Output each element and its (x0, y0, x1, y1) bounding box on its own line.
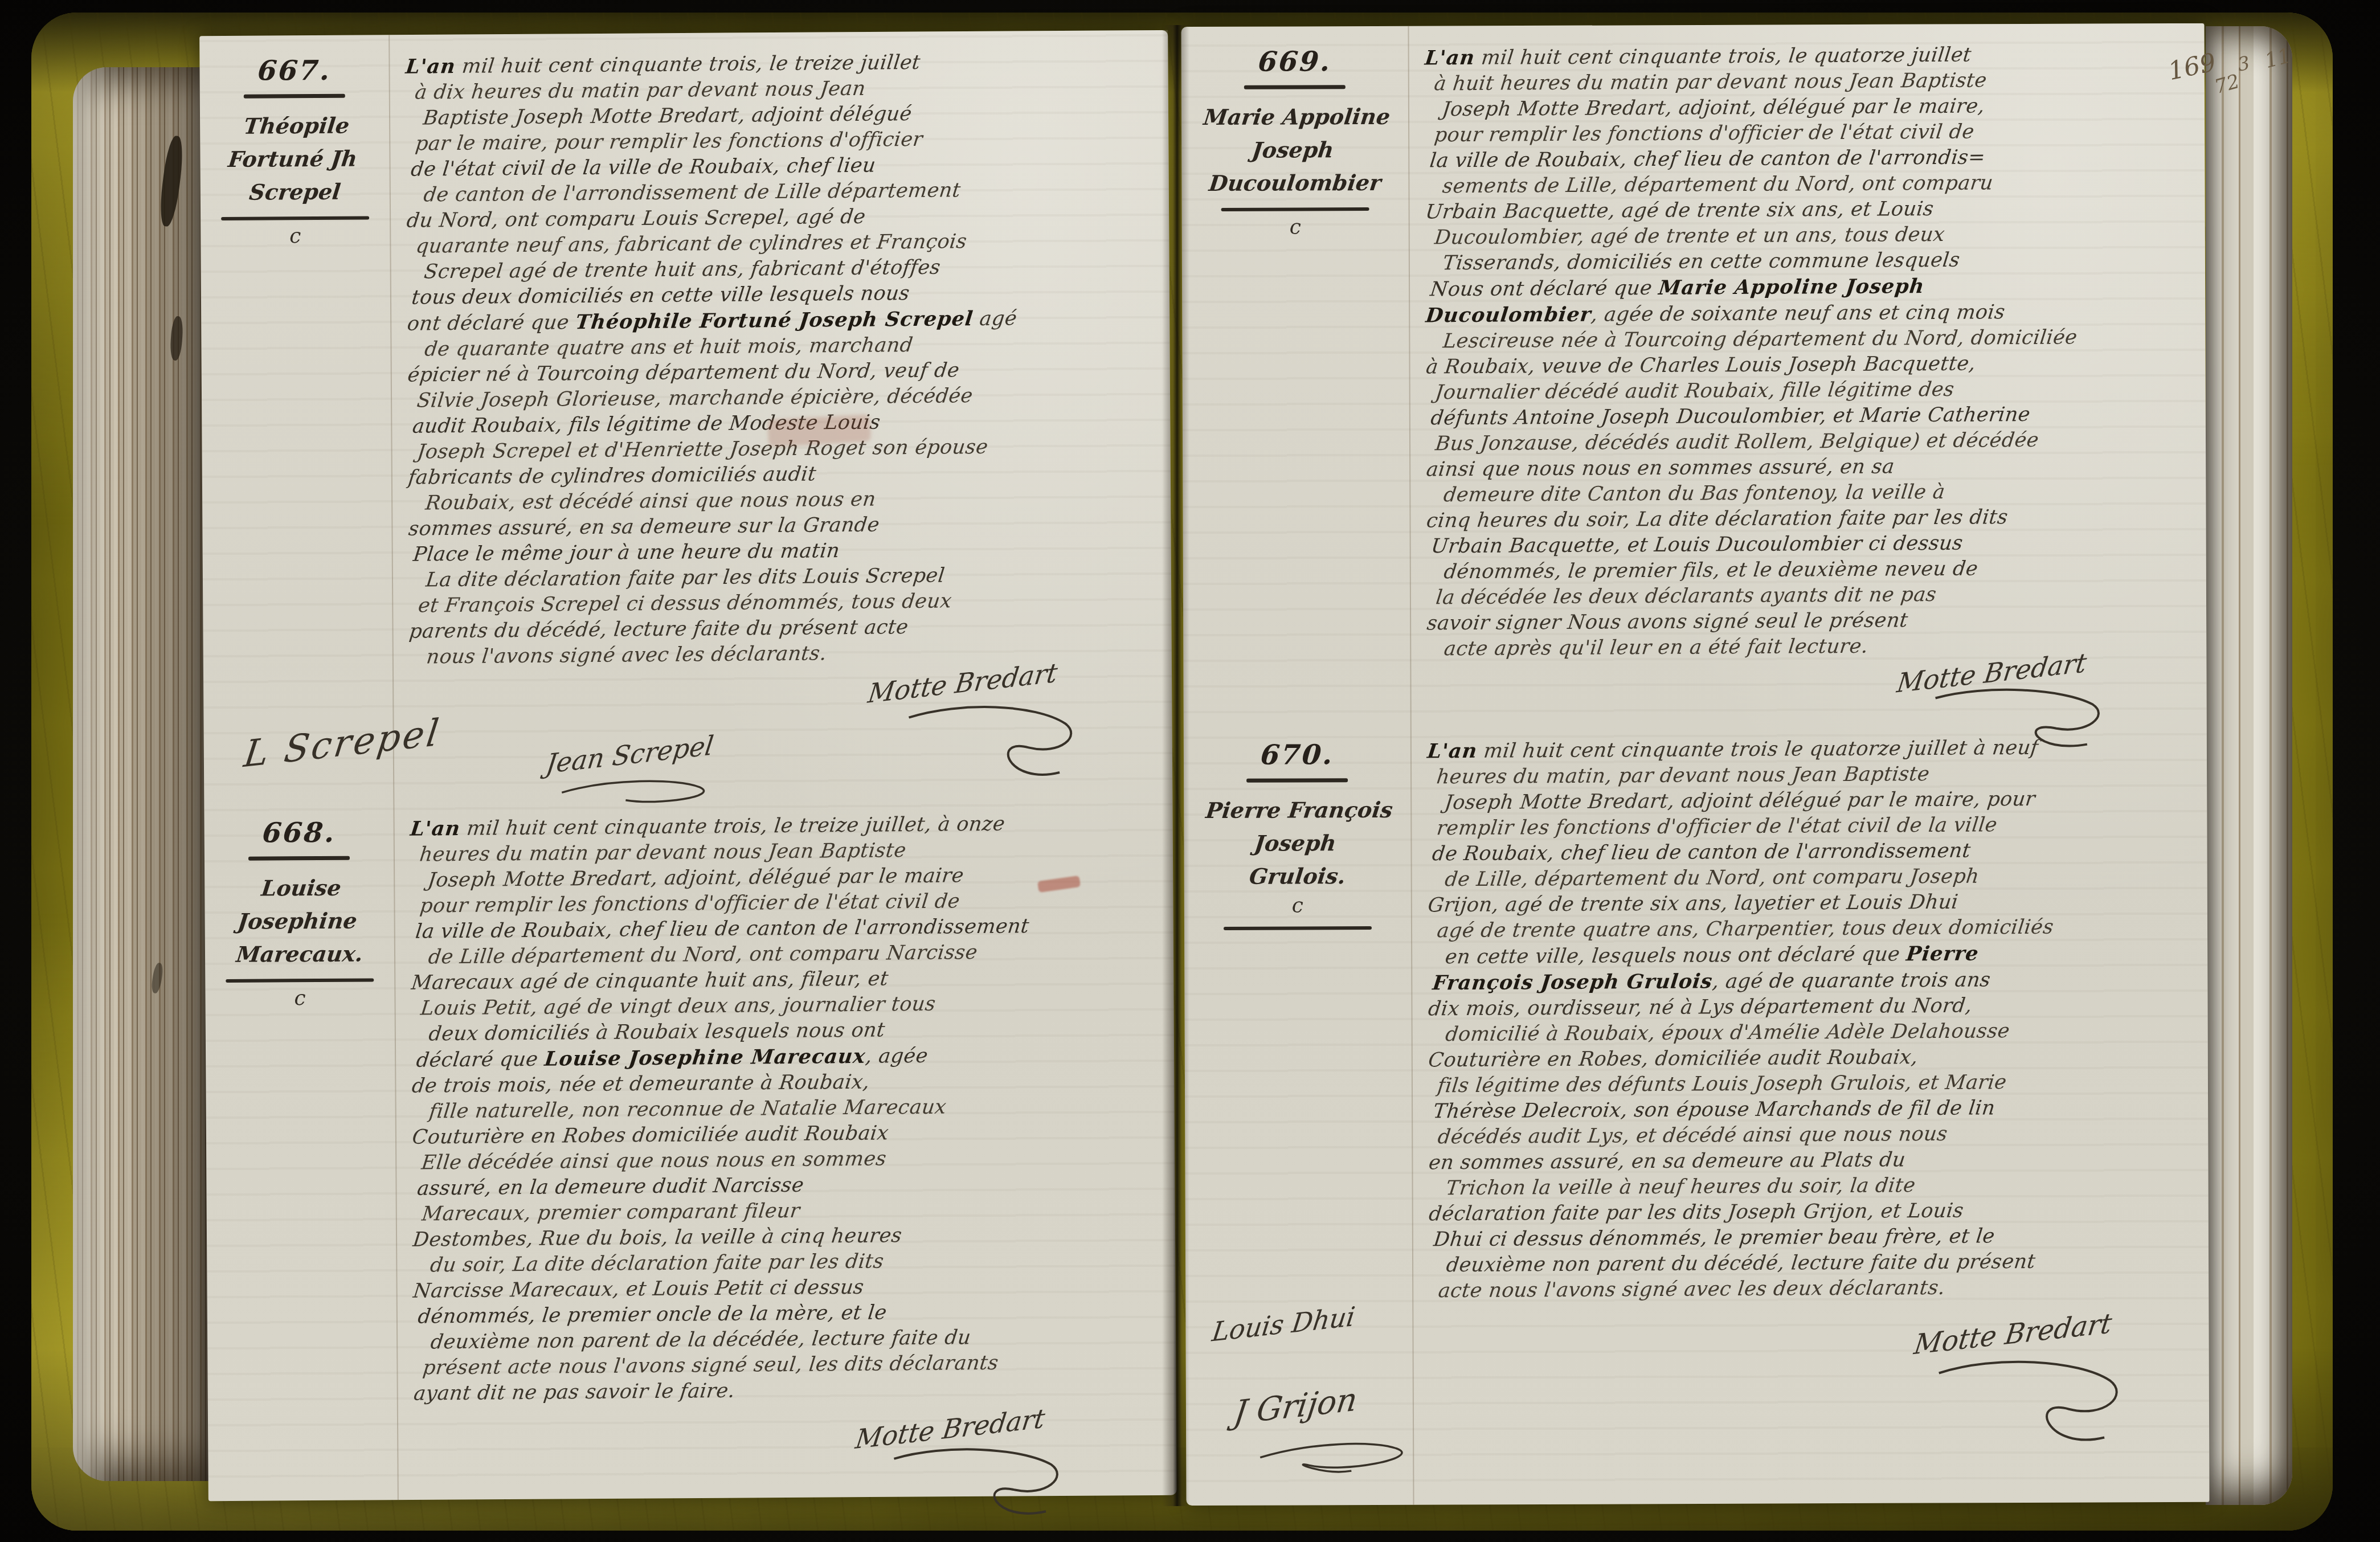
line-text: parents du décédé, lecture faite du prés… (408, 616, 909, 643)
bold-name-text: François Joseph Grulois (1432, 970, 1714, 995)
line-text: épicier né à Tourcoing département du No… (406, 359, 960, 386)
signature-flourish (886, 1444, 1074, 1525)
line-text: de Lille département du Nord, ont compar… (427, 941, 979, 968)
line-text: décédés audit Lys, et décédé ainsi que n… (1437, 1123, 1949, 1148)
line-text: déclaré que (415, 1048, 546, 1072)
underline-rule (1221, 207, 1369, 211)
bold-name-text: Louise Josephine Marecaux (543, 1045, 867, 1071)
manuscript-line: en cette ville, lesquels nous ont déclar… (1443, 939, 2194, 970)
manuscript-line: la décédée les deux déclarants ayants di… (1434, 580, 2193, 611)
line-text: Bus Jonzause, décédés audit Rollem, Belg… (1434, 429, 2040, 455)
manuscript-line: demeure dite Canton du Bas fontenoy, la … (1442, 478, 2193, 508)
line-text: Trichon la veille à neuf heures du soir,… (1445, 1174, 1917, 1200)
line-text: La dite déclaration faite par les dits L… (425, 565, 946, 592)
entry-668-text: L'an mil huit cent cinquante trois, le t… (393, 807, 1176, 1406)
margin-name-line: Louise Josephine (201, 871, 398, 938)
line-text: de l'état civil de la ville de Roubaix, … (410, 154, 877, 181)
line-text: Marecaux, premier comparant fileur (420, 1200, 801, 1226)
bold-name-text: Ducoulombier (1425, 303, 1593, 328)
underline-rule (221, 216, 369, 220)
page-stack-fore-edge-left (73, 67, 214, 1481)
manuscript-line: Ducoulombier, agée de soixante neuf ans … (1424, 298, 2192, 329)
manuscript-line: fils légitime des défunts Louis Joseph G… (1436, 1069, 2195, 1099)
manuscript-line: acte nous l'avons signé avec les deux dé… (1437, 1274, 2195, 1304)
line-text: la ville de Roubaix, chef lieu de canton… (1429, 146, 1987, 172)
margin-paraph: c (205, 985, 394, 1012)
manuscript-line: heures du matin, par devant nous Jean Ba… (1435, 760, 2194, 790)
entry-668-margin: 668. Louise Josephine Marecaux. c (204, 812, 396, 1407)
entry-number: 668. (261, 820, 337, 846)
line-text: fils légitime des défunts Louis Joseph G… (1436, 1071, 2007, 1097)
manuscript-line: en sommes assuré, en sa demeure au Plats… (1428, 1146, 2195, 1176)
signature-flourish (898, 700, 1087, 792)
entry-669-text: L'an mil huit cent cinquante trois, le q… (1408, 38, 2207, 661)
bold-name-text: L'an (1424, 46, 1476, 70)
entry-669-margin: 669. Marie Appoline Joseph Ducoulombier … (1181, 41, 1410, 662)
line-text: de Lille, département du Nord, ont compa… (1443, 865, 1980, 891)
line-text: dénommés, le premier fils, et le deuxièm… (1442, 558, 1979, 584)
line-text: Destombes, Rue du bois, la veille à cinq… (412, 1224, 903, 1251)
line-text: heures du matin par devant nous Jean Bap… (419, 839, 907, 866)
line-text: Dhui ci dessus dénommés, le premier beau… (1432, 1225, 1996, 1251)
manuscript-line: Lescireuse née à Tourcoing département d… (1442, 324, 2193, 354)
line-text: ayant dit ne pas savoir le faire. (412, 1380, 736, 1405)
manuscript-line: dénommés, le premier fils, et le deuxièm… (1442, 555, 2193, 585)
line-text: domicilié à Roubaix, époux d'Amélie Adèl… (1444, 1020, 2011, 1046)
entry-669: 669. Marie Appoline Joseph Ducoulombier … (1181, 38, 2207, 662)
entry-667-margin: 667. Théopile Fortuné Jh Screpel c (199, 50, 392, 670)
manuscript-line: de Roubaix, chef lieu de canton de l'arr… (1431, 837, 2194, 867)
line-text: dix mois, ourdisseur, né à Lys départeme… (1427, 995, 1973, 1021)
line-text: mil huit cent cinquante trois, le treize… (454, 51, 921, 78)
line-text: fille naturelle, non reconnue de Natalie… (428, 1096, 947, 1123)
line-text: nous l'avons signé avec les déclarants. (425, 642, 828, 668)
line-text: agé de trente quatre ans, Charpentier, t… (1436, 916, 2055, 943)
entry-670: 670. Pierre François Joseph Grulois. c L… (1184, 731, 2209, 1304)
manuscript-line: domicilié à Roubaix, époux d'Amélie Adèl… (1444, 1017, 2195, 1048)
stamp-remnant (767, 414, 871, 447)
manuscript-line: Ducoulombier, agé de trente et un ans, t… (1433, 220, 2192, 251)
line-text: à huit heures du matin par devant nous J… (1433, 69, 1988, 95)
line-text: assuré, en la demeure dudit Narcisse (416, 1174, 805, 1200)
manuscript-line: décédés audit Lys, et décédé ainsi que n… (1436, 1120, 2195, 1150)
underline-rule (1246, 778, 1348, 783)
line-text: cinq heures du soir, La dite déclaration… (1425, 506, 2009, 532)
line-text: Grijon, agé de trente six ans, layetier … (1426, 891, 1959, 917)
photo-background: 667. Théopile Fortuné Jh Screpel c L'an … (0, 0, 2380, 1542)
line-text: ont déclaré que (406, 311, 577, 336)
signature-flourish (557, 775, 728, 810)
underline-rule (248, 856, 350, 861)
manuscript-line: déclaration faite par les dits Joseph Gr… (1428, 1197, 2195, 1227)
line-text: savoir signer Nous avons signé seul le p… (1426, 609, 1909, 635)
entry-670-text: L'an mil huit cent cinquante trois le qu… (1410, 731, 2209, 1303)
line-text: demeure dite Canton du Bas fontenoy, la … (1442, 481, 1946, 506)
line-text: Couturière en Robes, domiciliée audit Ro… (1427, 1046, 1919, 1071)
line-text: Silvie Joseph Glorieuse, marchande épici… (416, 385, 974, 412)
manuscript-line: Bus Jonzause, décédés audit Rollem, Belg… (1434, 427, 2193, 457)
line-text: Urbain Bacquette, agé de trente six ans,… (1424, 198, 1935, 223)
entry-670-signatures: Louis Dhui Motte Bredart J Grijon (1185, 1300, 2209, 1475)
manuscript-line: de Lille, département du Nord, ont compa… (1443, 862, 2194, 893)
line-text: Urbain Bacquette, et Louis Ducoulombier … (1430, 532, 1964, 558)
line-text: présent acte nous l'avons signé seul, le… (422, 1352, 1000, 1380)
underline-rule (1224, 926, 1372, 930)
signature-louis-dhui: Louis Dhui (1211, 1303, 1356, 1345)
entry-670-margin: 670. Pierre François Joseph Grulois. c (1184, 734, 1412, 1304)
manuscript-line: Urbain Bacquette, agé de trente six ans,… (1424, 195, 2192, 225)
line-text: , agée (864, 1045, 929, 1068)
bold-name-text: Théophile Fortuné Joseph Screpel (574, 307, 974, 334)
entry-number: 670. (1259, 742, 1335, 768)
line-text: de quarante quatre ans et huit mois, mar… (423, 334, 914, 361)
signature-flourish (1254, 1438, 1425, 1478)
line-text: acte après qu'il leur en a été fait lect… (1443, 635, 1870, 661)
bold-name-text: L'an (409, 817, 461, 841)
line-text: à dix heures du matin par devant nous Je… (414, 77, 866, 104)
manuscript-line: Journalier décédé audit Roubaix, fille l… (1434, 375, 2193, 406)
line-text: Baptiste Joseph Motte Bredart, adjoint d… (422, 103, 913, 130)
line-text: en cette ville, lesquels nous ont déclar… (1444, 943, 1908, 968)
manuscript-line: Tisserands, domiciliés en cette commune … (1441, 246, 2192, 276)
underline-rule (1244, 85, 1346, 89)
line-text: Thérèse Delecroix, son épouse Marchands … (1432, 1097, 1997, 1123)
line-text: mil huit cent cinquante trois le quatorz… (1476, 737, 2039, 763)
gutter-shadow (1162, 25, 1189, 1506)
line-text: Nous ont déclaré que (1429, 277, 1660, 301)
line-text: acte nous l'avons signé avec les deux dé… (1437, 1277, 1946, 1302)
line-text: Elle décédée ainsi que nous nous en somm… (420, 1147, 888, 1174)
manuscript-line: L'an mil huit cent cinquante trois, le q… (1424, 40, 2191, 71)
manuscript-line: Dhui ci dessus dénommés, le premier beau… (1432, 1222, 2195, 1253)
line-text: de Roubaix, chef lieu de canton de l'arr… (1431, 840, 1972, 866)
line-text: Joseph Motte Bredart, adjoint, délégué p… (1441, 95, 1986, 121)
margin-paraph: c (1182, 214, 1409, 240)
manuscript-line: Joseph Motte Bredart, adjoint délégué pa… (1443, 786, 2194, 816)
bold-name-text: Pierre (1905, 942, 1980, 966)
line-text: Joseph Motte Bredart, adjoint, délégué p… (427, 864, 965, 891)
line-text: par le maire, pour remplir les fonctions… (414, 128, 924, 156)
manuscript-line: Joseph Motte Bredart, adjoint, délégué p… (1441, 92, 2191, 122)
margin-name-line: Marie Appoline Joseph (1177, 100, 1412, 167)
manuscript-line: pour remplir les fonctions d'officier de… (1433, 118, 2191, 148)
line-text: à Roubaix, veuve de Charles Louis Joseph… (1425, 353, 1977, 379)
margin-name-line: Screpel (198, 175, 391, 209)
line-text: Lescireuse née à Tourcoing département d… (1442, 326, 2079, 353)
margin-paraph: c (1184, 893, 1411, 919)
manuscript-line: remplir les fonctions d'officier de l'ét… (1436, 811, 2194, 841)
line-text: Joseph Screpel et d'Henriette Joseph Rog… (416, 436, 989, 464)
line-text: Place le même jour à une heure du matin (412, 539, 841, 566)
line-text: Ducoulombier, agé de trente et un ans, t… (1433, 223, 1946, 249)
line-text: dénommés, le premier oncle de la mère, e… (416, 1301, 888, 1328)
signature-motte-bredart: Motte Bredart (1912, 1311, 2113, 1359)
manuscript-line: à Roubaix, veuve de Charles Louis Joseph… (1425, 350, 2193, 380)
manuscript-line: la ville de Roubaix, chef lieu de canton… (1428, 144, 2191, 174)
line-text: pour remplir les fonctions d'officier de… (1433, 121, 1976, 147)
line-text: pour remplir les fonctions d'officier de… (419, 890, 961, 917)
manuscript-line: savoir signer Nous avons signé seul le p… (1425, 606, 2193, 636)
line-text: du soir, La dite déclaration faite par l… (429, 1250, 885, 1277)
manuscript-line: dix mois, ourdisseur, né à Lys départeme… (1427, 992, 2195, 1022)
margin-name-line: Théopile Fortuné Jh (197, 109, 394, 176)
manuscript-line: défunts Antoine Joseph Ducoulombier, et … (1429, 401, 2193, 431)
manuscript-line: ainsi que nous nous en sommes assuré, en… (1425, 452, 2193, 482)
line-text: déclaration faite par les dits Joseph Gr… (1428, 1200, 1965, 1226)
line-text: quarante neuf ans, fabricant de cylindre… (415, 230, 968, 257)
line-text: , agé de quarante trois ans (1711, 968, 1992, 993)
line-text: de trois mois, née et demeurante à Rouba… (411, 1071, 871, 1098)
line-text: défunts Antoine Joseph Ducoulombier, et … (1429, 403, 2031, 430)
margin-name-line: Marecaux. (203, 937, 396, 971)
line-text: Journalier décédé audit Roubaix, fille l… (1434, 378, 1956, 404)
manuscript-line: sements de Lille, département du Nord, o… (1441, 169, 2192, 199)
underline-rule (244, 94, 345, 99)
line-text: deux domiciliés à Roubaix lesquels nous … (427, 1019, 886, 1045)
entry-667-text: L'an mil huit cent cinquante trois, le t… (389, 45, 1172, 669)
line-text: mil huit cent cinquante trois, le treize… (459, 813, 1007, 840)
line-text: fabricants de cylindres domiciliés audit (407, 463, 817, 489)
manuscript-line: Urbain Bacquette, et Louis Ducoulombier … (1430, 529, 2193, 559)
bold-name-text: L'an (1426, 739, 1478, 763)
line-text: Joseph Motte Bredart, adjoint délégué pa… (1443, 788, 2037, 814)
line-text: la ville de Roubaix, chef lieu de canton… (414, 915, 1030, 943)
line-text: Narcisse Marecaux, et Louis Petit ci des… (412, 1276, 865, 1303)
line-text: tous deux domiciliés en cette ville lesq… (411, 282, 911, 309)
entry-667-signatures: Motte Bredart L Screpel Jean Screpel (203, 665, 1172, 813)
line-text: sommes assuré, en sa demeure sur la Gran… (407, 513, 881, 540)
line-text: agé (972, 307, 1018, 330)
line-text: remplir les fonctions d'officier de l'ét… (1436, 813, 1998, 840)
underline-rule (226, 978, 374, 983)
line-text: Couturière en Robes domiciliée audit Rou… (411, 1122, 890, 1148)
manuscript-line: agé de trente quatre ans, Charpentier, t… (1436, 914, 2194, 944)
manuscript-line: Thérèse Delecroix, son épouse Marchands … (1432, 1094, 2195, 1124)
line-text: Louis Petit, agé de vingt deux ans, jour… (419, 993, 937, 1020)
line-text: Marecaux agé de cinquante huit ans, file… (410, 967, 890, 994)
manuscript-line: François Joseph Grulois, agé de quarante… (1431, 966, 2194, 996)
line-text: Tisserands, domiciliés en cette commune … (1441, 249, 1961, 275)
manuscript-line: Trichon la veille à neuf heures du soir,… (1445, 1171, 2195, 1201)
line-text: de canton de l'arrondissement de Lille d… (422, 179, 962, 206)
line-text: , agée de soixante neuf ans et cinq mois (1590, 301, 2006, 326)
entry-number: 667. (256, 58, 332, 84)
margin-name-line: Pierre François Joseph (1180, 794, 1414, 860)
margin-name-line: Grulois. (1182, 860, 1413, 893)
manuscript-line: Nous ont déclaré que Marie Appoline Jose… (1429, 272, 2192, 302)
signature-flourish (1930, 1355, 2136, 1458)
margin-name-line: Ducoulombier (1180, 166, 1410, 200)
manuscript-line: L'an mil huit cent cinquante trois le qu… (1426, 734, 2194, 764)
entry-668: 668. Louise Josephine Marecaux. c L'an m… (204, 807, 1176, 1407)
line-text: mil huit cent cinquante trois, le quator… (1474, 44, 1973, 69)
right-page: 669. Marie Appoline Joseph Ducoulombier … (1181, 23, 2209, 1506)
line-text: Roubaix, est décédé ainsi que nous nous … (424, 488, 877, 515)
line-text: la décédée les deux déclarants ayants di… (1434, 583, 1937, 609)
margin-paraph: c (201, 223, 390, 249)
line-text: ainsi que nous nous en sommes assuré, en… (1425, 455, 1896, 481)
signature-j-grijon: J Grijon (1232, 1386, 1359, 1426)
entry-667: 667. Théopile Fortuné Jh Screpel c L'an … (199, 45, 1172, 670)
line-text: heures du matin, par devant nous Jean Ba… (1436, 763, 1931, 788)
line-text: en sommes assuré, en sa demeure au Plats… (1428, 1148, 1907, 1174)
entry-number: 669. (1257, 49, 1332, 75)
signature-jean-screpel: Jean Screpel (545, 733, 715, 778)
bold-name-text: Marie Appoline Joseph (1657, 275, 1925, 300)
entry-668-signatures: Motte Bredart (208, 1401, 1177, 1504)
manuscript-line: à huit heures du matin par devant nous J… (1433, 67, 2191, 97)
left-page: 667. Théopile Fortuné Jh Screpel c L'an … (199, 30, 1177, 1501)
manuscript-line: cinq heures du soir, La dite déclaration… (1425, 504, 2193, 534)
manuscript-line: Grijon, agé de trente six ans, layetier … (1426, 888, 2194, 918)
line-text: deuxième non parent du décédé, lecture f… (1445, 1250, 2037, 1277)
page-stack-fore-edge-right (2206, 26, 2292, 1505)
line-text: deuxième non parent de la décédée, lectu… (430, 1326, 972, 1353)
manuscript-line: Couturière en Robes, domiciliée audit Ro… (1427, 1043, 2195, 1073)
signature-l-screpel: L Screpel (243, 720, 442, 768)
line-text: sements de Lille, département du Nord, o… (1441, 171, 1994, 198)
manuscript-line: deuxième non parent du décédé, lecture f… (1445, 1248, 2195, 1278)
line-text: du Nord, ont comparu Louis Screpel, agé … (406, 206, 867, 232)
entry-669-signatures: Motte Bredart (1183, 658, 2206, 735)
line-text: Screpel agé de trente huit ans, fabrican… (423, 256, 942, 284)
line-text: et François Screpel ci dessus dénommés, … (417, 590, 953, 617)
bold-name-text: L'an (404, 55, 457, 79)
